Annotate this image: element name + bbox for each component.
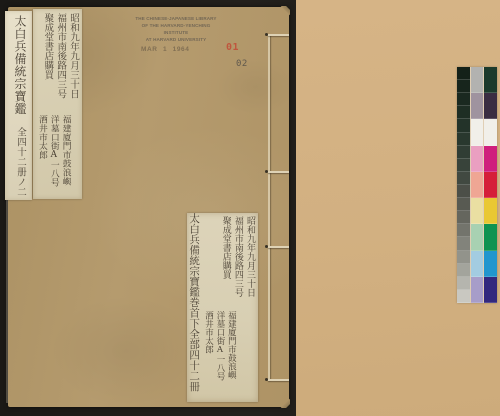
volume-note: 全四十二册ノ二 xyxy=(15,127,26,197)
grayscale-step xyxy=(457,251,470,264)
grayscale-step xyxy=(457,277,470,290)
book-photograph: 太白兵備統宗寶鑑全四十二册ノ二 昭和九年九月三十日 福州市南後路四三号 聚成堂書… xyxy=(0,0,500,416)
grayscale-step xyxy=(457,172,470,185)
grayscale-step xyxy=(457,93,470,106)
binding-hole xyxy=(265,33,268,36)
purchase-note-lower: 福建廈門市鼓浪嶼 洋墓口街A一八号 酒井市太郎 xyxy=(35,115,71,197)
spine-title-text: 太白兵備統宗寶鑑全四十二册ノ二 xyxy=(12,15,29,197)
grayscale-step xyxy=(457,159,470,172)
frame-number-red: 01 xyxy=(226,42,239,53)
spine-title-label: 太白兵備統宗寶鑑全四十二册ノ二 xyxy=(5,11,32,200)
binding-stitch xyxy=(268,379,289,381)
stamp-line-2: OF THE HARVARD-YENCHING INSTITUTE xyxy=(131,22,221,36)
pastel-patch xyxy=(471,198,484,224)
color-calibration-bar xyxy=(457,67,497,303)
pastel-patch xyxy=(471,93,484,119)
saturated-color-column xyxy=(483,67,497,303)
saturated-patch xyxy=(484,251,497,277)
pastel-patch xyxy=(471,67,484,93)
corner-fold-top xyxy=(275,6,290,21)
grayscale-step xyxy=(457,198,470,211)
bottom-note-upper: 昭和九年九月三十日 福州市南後路四三号 聚成堂書店購買 xyxy=(220,216,256,318)
grayscale-step xyxy=(457,67,470,80)
bookstore-name: 聚成堂書店購買 xyxy=(41,13,54,117)
grayscale-step xyxy=(457,133,470,146)
saturated-patch xyxy=(484,146,497,172)
grayscale-step xyxy=(457,80,470,93)
pastel-patch xyxy=(471,251,484,277)
frame-number-gray: 02 xyxy=(236,59,248,69)
grayscale-column xyxy=(457,67,470,303)
pastel-patch xyxy=(471,224,484,250)
binding-thread xyxy=(268,35,270,381)
saturated-patch xyxy=(484,67,497,93)
pastel-color-column xyxy=(470,67,484,303)
bookstore-address: 福州市南後路四三号 xyxy=(53,13,66,117)
buyer-street: 洋墓口街A一八号 xyxy=(47,115,59,197)
binding-hole xyxy=(265,378,268,381)
grayscale-step xyxy=(457,264,470,277)
bottom-note-lower: 福建廈門市鼓浪嶼 洋墓口街A一八号 酒井市太郎 xyxy=(202,311,236,399)
pastel-patch xyxy=(471,146,484,172)
library-ownership-stamp: THE CHINESE-JAPANESE LIBRARY OF THE HARV… xyxy=(131,15,221,43)
grayscale-step xyxy=(457,211,470,224)
bookstore-name: 聚成堂書店購買 xyxy=(220,216,232,318)
binding-hole xyxy=(265,170,268,173)
purchase-date: 昭和九年九月三十日 xyxy=(66,13,79,117)
corner-fold-bottom xyxy=(275,393,290,408)
grayscale-step xyxy=(457,185,470,198)
grayscale-step xyxy=(457,290,470,303)
saturated-patch xyxy=(484,119,497,145)
binding-stitch xyxy=(268,246,289,248)
pastel-patch xyxy=(471,277,484,303)
bookstore-address: 福州市南後路四三号 xyxy=(232,216,244,318)
purchase-label-bottom: 太白兵備統宗寶鑑巻首下全部四十二冊 昭和九年九月三十日 福州市南後路四三号 聚成… xyxy=(187,213,258,402)
saturated-patch xyxy=(484,172,497,198)
saturated-patch xyxy=(484,224,497,250)
purchase-date: 昭和九年九月三十日 xyxy=(244,216,256,318)
grayscale-step xyxy=(457,106,470,119)
purchase-label-top: 昭和九年九月三十日 福州市南後路四三号 聚成堂書店購買 福建廈門市鼓浪嶼 洋墓口… xyxy=(33,9,82,199)
pastel-patch xyxy=(471,119,484,145)
binding-stitch xyxy=(268,171,289,173)
grayscale-step xyxy=(457,119,470,132)
grayscale-step xyxy=(457,237,470,250)
stamp-line-1: THE CHINESE-JAPANESE LIBRARY xyxy=(131,15,221,22)
binding-hole xyxy=(265,245,268,248)
buyer-region: 福建廈門市鼓浪嶼 xyxy=(225,311,236,399)
saturated-patch xyxy=(484,198,497,224)
buyer-street: 洋墓口街A一八号 xyxy=(213,311,224,399)
buyer-name: 酒井市太郎 xyxy=(35,115,47,197)
purchase-note-upper: 昭和九年九月三十日 福州市南後路四三号 聚成堂書店購買 xyxy=(41,13,79,117)
pastel-patch xyxy=(471,172,484,198)
binding-stitch xyxy=(268,34,289,36)
accession-date-stamp: MAR 1 1964 xyxy=(141,46,190,53)
book-title: 太白兵備統宗寶鑑 xyxy=(13,15,27,115)
stamp-line-3: AT HARVARD UNIVERSITY xyxy=(131,36,221,43)
buyer-region: 福建廈門市鼓浪嶼 xyxy=(59,115,71,197)
saturated-patch xyxy=(484,277,497,303)
grayscale-step xyxy=(457,146,470,159)
saturated-patch xyxy=(484,93,497,119)
grayscale-step xyxy=(457,224,470,237)
buyer-name: 酒井市太郎 xyxy=(202,311,213,399)
bottom-label-title: 太白兵備統宗寶鑑巻首下全部四十二冊 xyxy=(187,213,200,393)
